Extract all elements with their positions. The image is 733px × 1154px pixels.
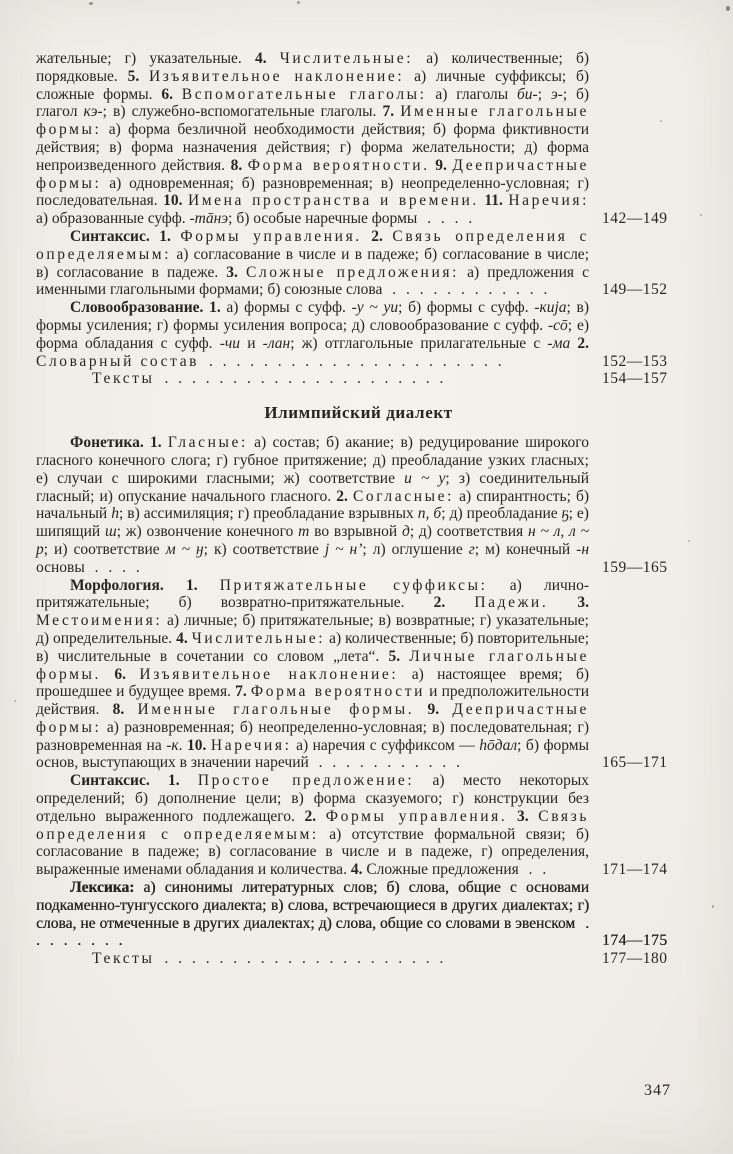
toc-entry: Словообразование. 1. а) формы с суфф. -у… [36, 299, 589, 370]
toc-text: Вспомогательные глаголы: [182, 86, 427, 103]
toc-text: 7. [382, 103, 394, 120]
toc-text: Тексты [92, 370, 155, 387]
toc-text: ; [538, 86, 551, 103]
toc-text: 2. [434, 594, 446, 611]
toc-text [150, 772, 168, 789]
toc-text: основы [36, 559, 85, 576]
toc-text: а) формы с суфф. [221, 299, 352, 316]
toc-text: ; б) формы с суфф. [398, 299, 534, 316]
toc-text [400, 648, 409, 665]
linguistic-form: п, б [418, 505, 441, 522]
page-range: 149—152 [602, 281, 668, 299]
linguistic-form: -сō [548, 317, 568, 334]
linguistic-form: -н [576, 541, 589, 558]
toc-text: во взрывной [309, 523, 402, 540]
dot-leader: . . . . . . . . . . . . . . . . . . . . … [155, 950, 444, 967]
scan-speck [700, 214, 702, 216]
linguistic-form: j ~ н’ [325, 541, 363, 558]
toc-text: Формы управления. [326, 808, 508, 825]
toc-text: Простое предложение: [198, 772, 414, 789]
toc-text: Форма вероятности [251, 683, 425, 700]
toc-bottom-block: Фонетика. 1. Гласные: а) состав; б) акан… [36, 434, 681, 968]
toc-text: 6. [114, 666, 126, 683]
scan-speck [712, 905, 714, 908]
linguistic-form: т [298, 523, 309, 540]
toc-text: Формы управления. [180, 228, 361, 245]
toc-text [164, 577, 186, 594]
toc-entry: Морфология. 1. Притяжательные суффиксы: … [36, 577, 589, 773]
toc-text: 8. [231, 157, 243, 174]
toc-text: Числительные: [192, 630, 325, 647]
toc-text: 2. [371, 228, 383, 245]
toc-text [180, 772, 198, 789]
toc-entry: Фонетика. 1. Гласные: а) состав; б) акан… [36, 434, 589, 576]
toc-text [445, 594, 474, 611]
toc-text: 3. [577, 594, 589, 611]
toc-text: 3. [226, 264, 238, 281]
toc-text: ; и) соответствие [44, 541, 166, 558]
toc-text: Словообразование. [70, 299, 203, 316]
toc-entry: Синтаксис. 1. Простое предложение: а) ме… [36, 772, 589, 879]
linguistic-form: д [402, 523, 410, 540]
toc-text [414, 701, 427, 718]
toc-text [316, 808, 326, 825]
toc-text: ; ж) отглагольные прилагательные с [290, 335, 547, 352]
toc-text: ; л) оглушение [362, 541, 468, 558]
linguistic-form: -киja [534, 299, 566, 316]
toc-text: жательные; г) указательные. [36, 50, 255, 67]
toc-text [124, 701, 137, 718]
toc-text [267, 50, 280, 67]
toc-text: 3. [517, 808, 529, 825]
page-range: 159—165 [602, 559, 668, 577]
toc-text: 7. [235, 683, 247, 700]
toc-text: ; б) особые наречные формы [228, 210, 417, 227]
linguistic-form: э- [551, 86, 563, 103]
toc-text: Согласные: [353, 488, 454, 505]
toc-text: 5. [388, 648, 400, 665]
toc-text: Форма вероятности. [248, 157, 430, 174]
linguistic-form: и ~ у [404, 470, 445, 487]
toc-text: и [240, 335, 263, 352]
page-range: 152—153 [602, 353, 668, 371]
toc-text: 4. [255, 50, 267, 67]
toc-text: 2. [305, 808, 317, 825]
linguistic-form: кэ- [84, 103, 103, 120]
toc-text: . [179, 737, 187, 754]
toc-text: а) глаголы [427, 86, 517, 103]
toc-text: 4. [351, 861, 363, 878]
toc-text [101, 666, 114, 683]
page-range: 154—157 [602, 370, 668, 388]
toc-text: Изъявительное наклонение: [149, 68, 404, 85]
page-range: 165—171 [602, 754, 668, 772]
linguistic-form: -ма [547, 335, 570, 352]
toc-text [548, 594, 577, 611]
toc-text: Местоимения: [36, 612, 162, 629]
toc-entry: Тексты . . . . . . . . . . . . . . . . .… [36, 370, 589, 388]
toc-text: Фонетика. [70, 434, 144, 451]
linguistic-form: м ~ ӈ [166, 541, 204, 558]
page-range: 177—180 [602, 950, 668, 968]
toc-text [362, 228, 372, 245]
toc-text: 1. [209, 299, 221, 316]
toc-text: Тексты [92, 950, 155, 967]
scan-speck [14, 700, 16, 702]
linguistic-form: -тāнэ [190, 210, 229, 227]
toc-text: 1. [186, 577, 198, 594]
toc-text [383, 228, 393, 245]
toc-text: Морфология. [70, 577, 164, 594]
toc-text [198, 577, 220, 594]
scan-speck [89, 2, 93, 5]
toc-text: Имена пространства и времени. [188, 192, 479, 209]
toc-entry: Тексты . . . . . . . . . . . . . . . . .… [36, 950, 589, 968]
toc-text: ; д) преобладание [441, 505, 561, 522]
toc-text: Именные глагольные формы. [137, 701, 414, 718]
scan-speck [660, 120, 662, 122]
toc-text: Притяжательные суффиксы: [220, 577, 488, 594]
page-range: 142—149 [602, 210, 668, 228]
toc-content: жательные; г) указательные. 4. Числитель… [36, 50, 681, 968]
dot-leader: . . . . . . . . . . . [309, 754, 460, 771]
toc-text: ; м) конечный [475, 541, 576, 558]
toc-text: 1. [168, 772, 180, 789]
toc-text: Изъявительное наклонение: [139, 666, 398, 683]
toc-text [150, 228, 160, 245]
linguistic-form: би- [517, 86, 538, 103]
toc-text: Гласные: [168, 434, 248, 451]
toc-text: 8. [113, 701, 125, 718]
toc-text [238, 264, 246, 281]
page-folio: 347 [644, 1082, 671, 1100]
toc-text [171, 228, 181, 245]
toc-text: Числительные: [280, 50, 413, 67]
toc-text: 2. [336, 488, 348, 505]
dot-leader: . . . . [417, 210, 472, 227]
linguistic-form: h [111, 505, 119, 522]
toc-text: Лексика: [70, 879, 134, 896]
toc-text [507, 808, 517, 825]
toc-text: 5. [128, 68, 140, 85]
dot-leader: . . . . [85, 559, 140, 576]
toc-text: ; ж) озвончение конечного [117, 523, 298, 540]
toc-text: 2. [577, 335, 589, 352]
toc-text [439, 701, 452, 718]
toc-text: 10. [187, 737, 206, 754]
linguistic-form: -у ~ уи [352, 299, 398, 316]
scan-speck [297, 1, 300, 4]
toc-text: 1. [150, 434, 162, 451]
toc-text: ; д) соответствия [410, 523, 528, 540]
dot-leader: . . . . . . . . . . . . [382, 281, 547, 298]
toc-top-block: жательные; г) указательные. 4. Числитель… [36, 50, 681, 388]
toc-text: ; к) соответствие [204, 541, 325, 558]
dialect-section-heading: Илимпийский диалект [36, 403, 681, 423]
toc-text [173, 86, 182, 103]
toc-text [529, 808, 539, 825]
toc-text: ; в) служебно-вспомогательные глаголы. [103, 103, 383, 120]
linguistic-form: hōдал [479, 737, 517, 754]
toc-text: 11. [484, 192, 503, 209]
toc-text: Синтаксис. [70, 772, 150, 789]
toc-entry: Синтаксис. 1. Формы управления. 2. Связь… [36, 228, 589, 299]
toc-text [126, 666, 139, 683]
linguistic-form: ш [105, 523, 117, 540]
toc-text: 6. [161, 86, 173, 103]
toc-text: 9. [435, 157, 447, 174]
linguistic-form: -к [166, 737, 178, 754]
toc-text: а) наречия с суффиксом — [292, 737, 480, 754]
toc-text: Наречия: [508, 192, 589, 209]
toc-text [139, 68, 149, 85]
toc-text: ; в) ассимиляция; г) преобладание взрывн… [119, 505, 418, 522]
toc-text: 9. [428, 701, 440, 718]
linguistic-form: -чи [220, 335, 240, 352]
linguistic-form: ҕ [562, 505, 569, 522]
toc-text: 4. [176, 630, 188, 647]
toc-text: Падежи. [474, 594, 548, 611]
toc-entry: Лексика: а) синонимы литературных слов; … [36, 879, 589, 950]
toc-text: Сложные предложения [362, 861, 518, 878]
scanned-book-page: жательные; г) указательные. 4. Числитель… [0, 0, 733, 1154]
scan-speck [688, 540, 690, 542]
toc-text: а) образованные суфф. [36, 210, 190, 227]
dot-leader: . . . . . . . . . . . . . . . . . . . . … [199, 353, 502, 370]
page-range: 171—174 [602, 861, 668, 879]
dot-leader: . . [519, 861, 547, 878]
scan-speck [726, 6, 730, 11]
toc-text: 10. [163, 192, 182, 209]
toc-text: Словарный состав [36, 353, 199, 370]
page-range: 174—175 [602, 932, 668, 950]
toc-text: Наречия: [211, 737, 292, 754]
linguistic-form: -лан [263, 335, 291, 352]
toc-text: Синтаксис. [70, 228, 150, 245]
toc-text: 1. [159, 228, 171, 245]
toc-text: Сложные предложения: [246, 264, 459, 281]
dot-leader: . . . . . . . . . . . . . . . . . . . . … [155, 370, 444, 387]
toc-entry: жательные; г) указательные. 4. Числитель… [36, 50, 589, 228]
